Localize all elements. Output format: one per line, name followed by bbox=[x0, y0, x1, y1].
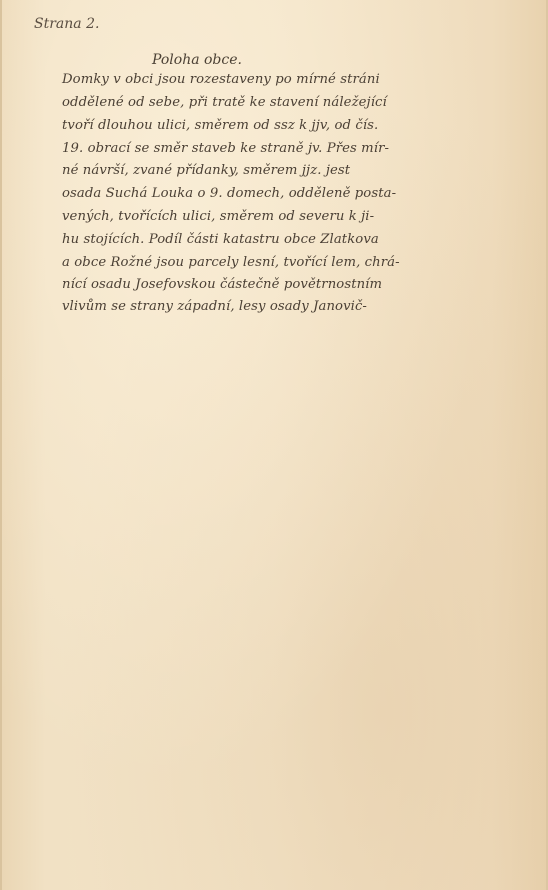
text-line: osada Suchá Louka o 9. domech, odděleně … bbox=[62, 186, 396, 201]
page-number-label: Strana 2. bbox=[34, 16, 99, 32]
text-line: né návrší, zvané přídanky, směrem jjz. j… bbox=[62, 163, 350, 178]
text-line: tvoří dlouhou ulici, směrem od ssz k jjv… bbox=[62, 118, 378, 133]
text-line: 19. obrací se směr staveb ke straně jv. … bbox=[62, 141, 389, 156]
text-line: vlivům se strany západní, lesy osady Jan… bbox=[62, 299, 367, 314]
text-line: nící osadu Josefovskou částečně povětrno… bbox=[62, 277, 382, 292]
text-line: a obce Rožné jsou parcely lesní, tvořící… bbox=[62, 255, 400, 270]
text-line: hu stojících. Podíl části katastru obce … bbox=[62, 232, 379, 247]
manuscript-page: Strana 2. Poloha obce. Domky v obci jsou… bbox=[0, 0, 548, 890]
text-line: oddělené od sebe, při tratě ke stavení n… bbox=[62, 95, 387, 110]
text-line: vených, tvořících ulici, směrem od sever… bbox=[62, 209, 374, 224]
section-heading-location: Poloha obce. bbox=[152, 52, 242, 68]
text-line: Domky v obci jsou rozestaveny po mírné s… bbox=[62, 72, 380, 87]
